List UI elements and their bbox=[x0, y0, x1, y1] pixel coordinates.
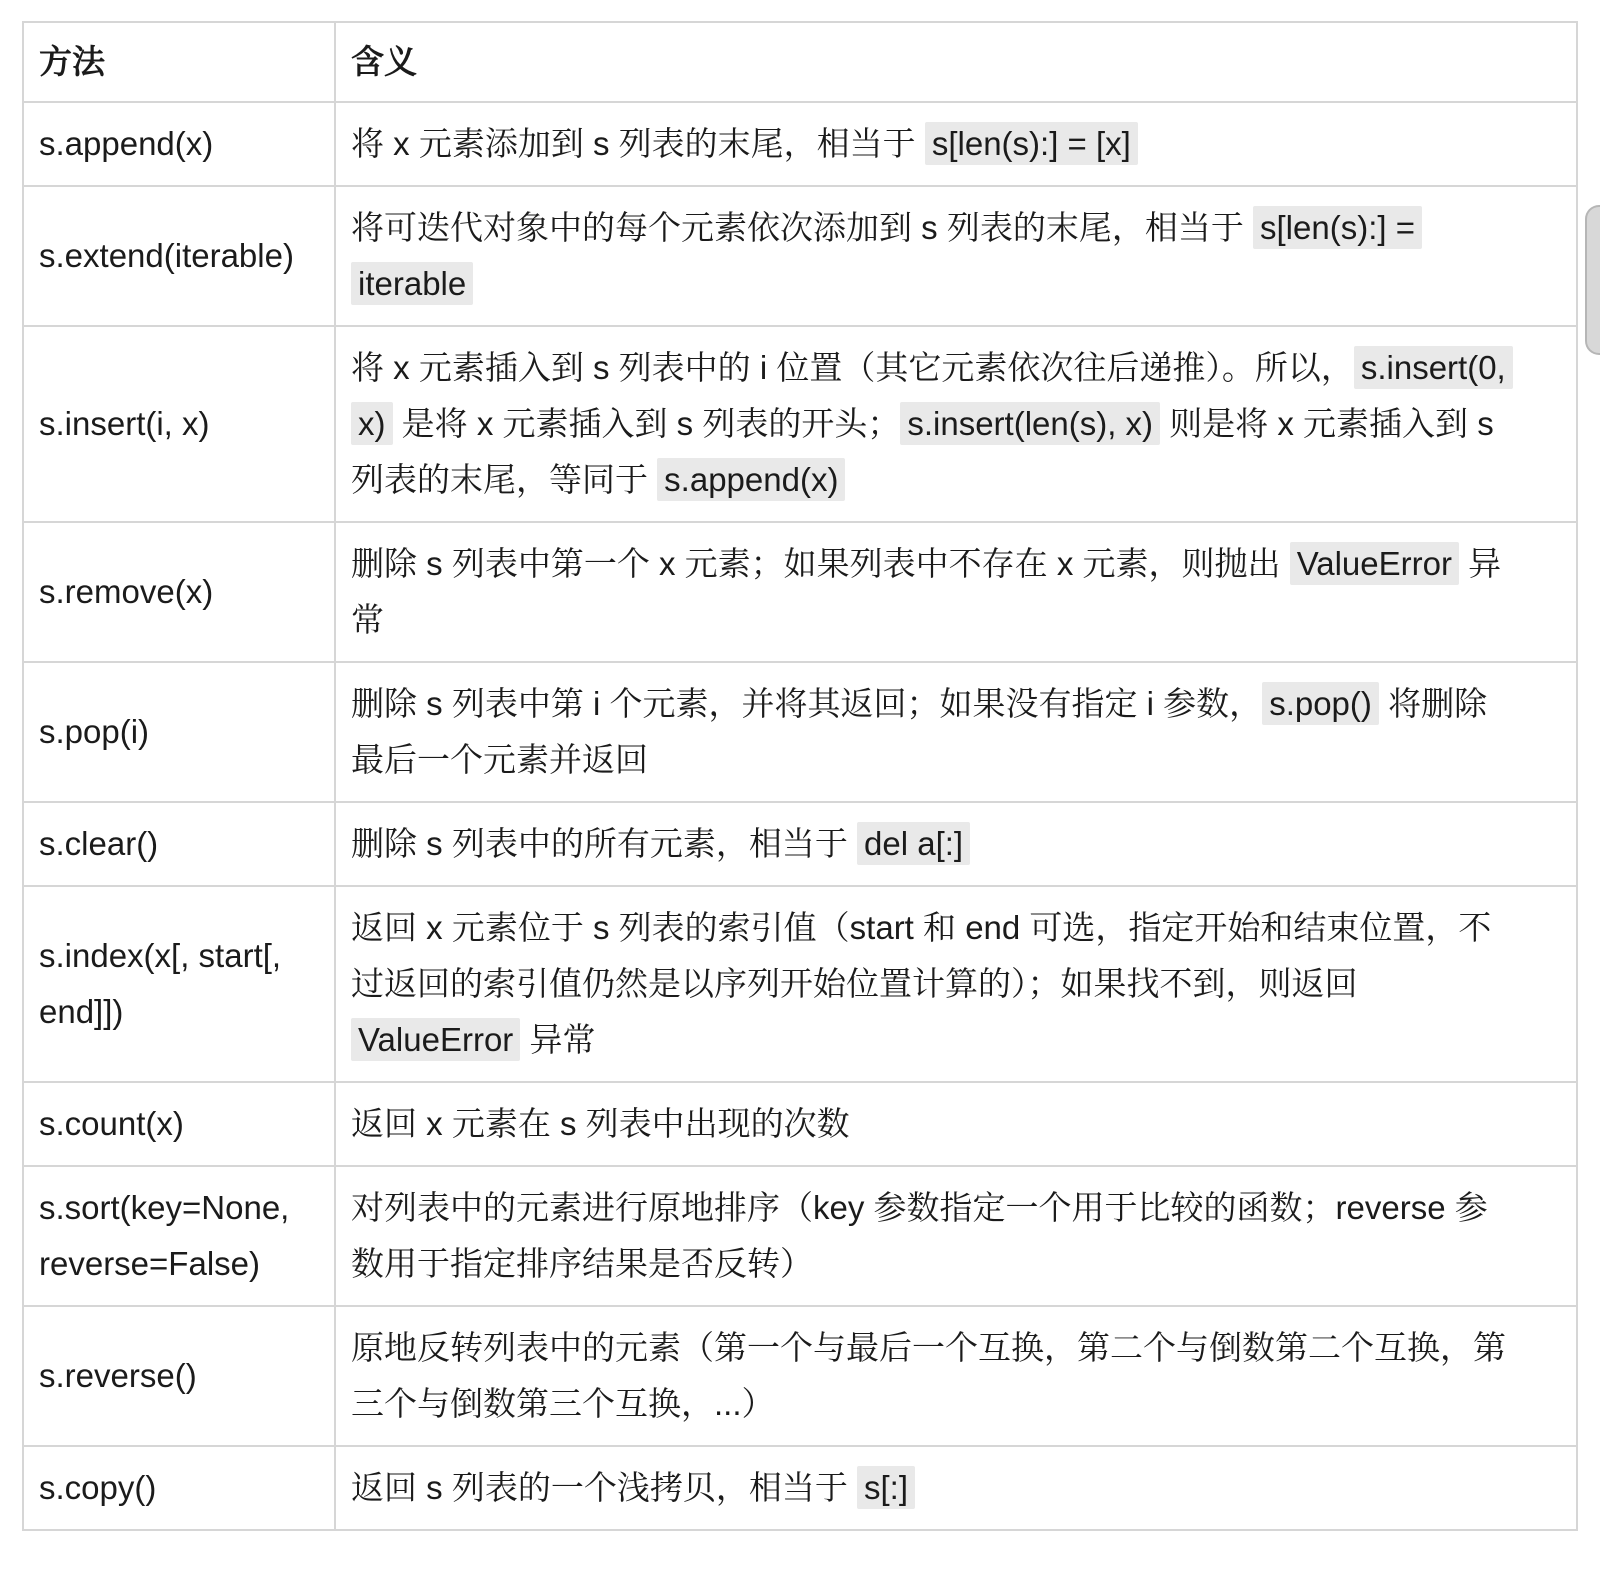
page: 方法 含义 s.append(x)将 x 元素添加到 s 列表的末尾，相当于 s… bbox=[0, 0, 1600, 1573]
meaning-text: 异常 bbox=[520, 1021, 595, 1058]
meaning-text: 删除 s 列表中第 i 个元素，并将其返回；如果没有指定 i 参数， bbox=[351, 685, 1262, 722]
meaning-cell: 返回 x 元素在 s 列表中出现的次数 bbox=[335, 1082, 1577, 1166]
table-row: s.insert(i, x)将 x 元素插入到 s 列表中的 i 位置（其它元素… bbox=[23, 326, 1577, 522]
meaning-cell: 对列表中的元素进行原地排序（key 参数指定一个用于比较的函数；reverse … bbox=[335, 1166, 1577, 1306]
header-method: 方法 bbox=[23, 22, 335, 102]
meaning-text: 将可迭代对象中的每个元素依次添加到 s 列表的末尾，相当于 bbox=[351, 209, 1253, 246]
table-row: s.remove(x)删除 s 列表中第一个 x 元素；如果列表中不存在 x 元… bbox=[23, 522, 1577, 662]
inline-code: s.pop() bbox=[1262, 682, 1379, 725]
method-cell: s.extend(iterable) bbox=[23, 186, 335, 326]
meaning-text: 将 x 元素插入到 s 列表中的 i 位置（其它元素依次往后递推）。所以， bbox=[351, 349, 1354, 386]
inline-code: del a[:] bbox=[857, 822, 970, 865]
inline-code: s.insert(len(s), x) bbox=[900, 402, 1160, 445]
method-cell: s.pop(i) bbox=[23, 662, 335, 802]
scrollbar-thumb[interactable] bbox=[1585, 205, 1600, 355]
meaning-cell: 将 x 元素插入到 s 列表中的 i 位置（其它元素依次往后递推）。所以，s.i… bbox=[335, 326, 1577, 522]
meaning-text: 原地反转列表中的元素（第一个与最后一个互换，第二个与倒数第二个互换，第三个与倒数… bbox=[351, 1329, 1506, 1422]
meaning-text: 删除 s 列表中第一个 x 元素；如果列表中不存在 x 元素，则抛出 bbox=[351, 545, 1290, 582]
meaning-cell: 返回 s 列表的一个浅拷贝，相当于 s[:] bbox=[335, 1446, 1577, 1530]
meaning-cell: 将 x 元素添加到 s 列表的末尾，相当于 s[len(s):] = [x] bbox=[335, 102, 1577, 186]
table-row: s.extend(iterable)将可迭代对象中的每个元素依次添加到 s 列表… bbox=[23, 186, 1577, 326]
method-cell: s.count(x) bbox=[23, 1082, 335, 1166]
meaning-cell: 删除 s 列表中第 i 个元素，并将其返回；如果没有指定 i 参数，s.pop(… bbox=[335, 662, 1577, 802]
method-cell: s.index(x[, start[, end]]) bbox=[23, 886, 335, 1082]
meaning-text: 返回 s 列表的一个浅拷贝，相当于 bbox=[351, 1469, 857, 1506]
method-cell: s.copy() bbox=[23, 1446, 335, 1530]
meaning-text: 将 x 元素添加到 s 列表的末尾，相当于 bbox=[351, 125, 925, 162]
method-cell: s.clear() bbox=[23, 802, 335, 886]
list-methods-table: 方法 含义 s.append(x)将 x 元素添加到 s 列表的末尾，相当于 s… bbox=[22, 21, 1578, 1531]
table-row: s.reverse()原地反转列表中的元素（第一个与最后一个互换，第二个与倒数第… bbox=[23, 1306, 1577, 1446]
method-cell: s.reverse() bbox=[23, 1306, 335, 1446]
inline-code: s.append(x) bbox=[657, 458, 845, 501]
table-row: s.append(x)将 x 元素添加到 s 列表的末尾，相当于 s[len(s… bbox=[23, 102, 1577, 186]
table-row: s.count(x)返回 x 元素在 s 列表中出现的次数 bbox=[23, 1082, 1577, 1166]
table-row: s.clear()删除 s 列表中的所有元素，相当于 del a[:] bbox=[23, 802, 1577, 886]
table-header-row: 方法 含义 bbox=[23, 22, 1577, 102]
meaning-text: 是将 x 元素插入到 s 列表的开头； bbox=[393, 405, 901, 442]
header-meaning: 含义 bbox=[335, 22, 1577, 102]
table-row: s.index(x[, start[, end]])返回 x 元素位于 s 列表… bbox=[23, 886, 1577, 1082]
meaning-text: 返回 x 元素位于 s 列表的索引值（start 和 end 可选，指定开始和结… bbox=[351, 909, 1491, 1002]
table-row: s.sort(key=None, reverse=False)对列表中的元素进行… bbox=[23, 1166, 1577, 1306]
meaning-cell: 返回 x 元素位于 s 列表的索引值（start 和 end 可选，指定开始和结… bbox=[335, 886, 1577, 1082]
meaning-cell: 原地反转列表中的元素（第一个与最后一个互换，第二个与倒数第二个互换，第三个与倒数… bbox=[335, 1306, 1577, 1446]
meaning-text: 对列表中的元素进行原地排序（key 参数指定一个用于比较的函数；reverse … bbox=[351, 1189, 1488, 1282]
method-cell: s.insert(i, x) bbox=[23, 326, 335, 522]
inline-code: ValueError bbox=[1290, 542, 1459, 585]
meaning-text: 返回 x 元素在 s 列表中出现的次数 bbox=[351, 1105, 850, 1142]
method-table-body: s.append(x)将 x 元素添加到 s 列表的末尾，相当于 s[len(s… bbox=[23, 102, 1577, 1530]
method-cell: s.sort(key=None, reverse=False) bbox=[23, 1166, 335, 1306]
method-cell: s.append(x) bbox=[23, 102, 335, 186]
meaning-cell: 删除 s 列表中第一个 x 元素；如果列表中不存在 x 元素，则抛出 Value… bbox=[335, 522, 1577, 662]
meaning-cell: 将可迭代对象中的每个元素依次添加到 s 列表的末尾，相当于 s[len(s):]… bbox=[335, 186, 1577, 326]
inline-code: s[len(s):] = [x] bbox=[925, 122, 1138, 165]
table-row: s.pop(i)删除 s 列表中第 i 个元素，并将其返回；如果没有指定 i 参… bbox=[23, 662, 1577, 802]
table-header: 方法 含义 bbox=[23, 22, 1577, 102]
inline-code: s[:] bbox=[857, 1466, 915, 1509]
method-cell: s.remove(x) bbox=[23, 522, 335, 662]
meaning-cell: 删除 s 列表中的所有元素，相当于 del a[:] bbox=[335, 802, 1577, 886]
table-row: s.copy()返回 s 列表的一个浅拷贝，相当于 s[:] bbox=[23, 1446, 1577, 1530]
inline-code: ValueError bbox=[351, 1018, 520, 1061]
meaning-text: 删除 s 列表中的所有元素，相当于 bbox=[351, 825, 857, 862]
